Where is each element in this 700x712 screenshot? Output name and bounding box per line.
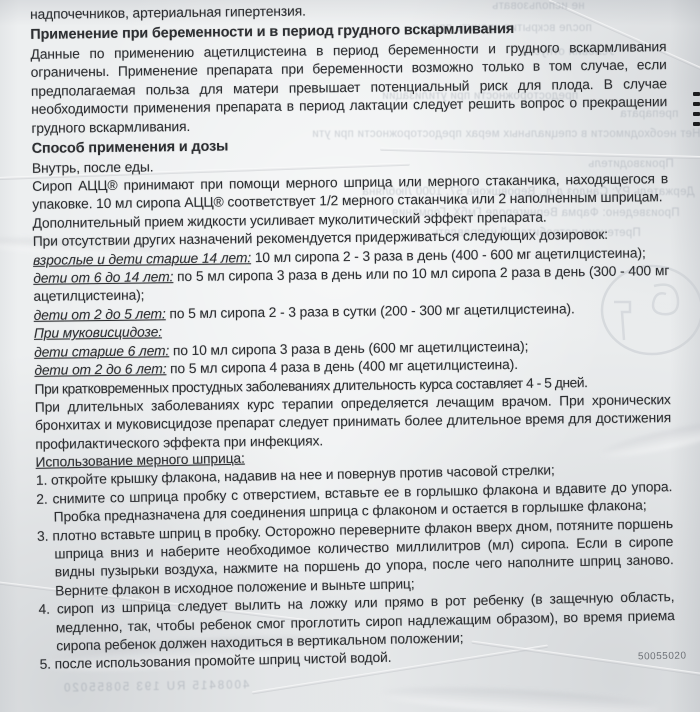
dosage-rule-label: дети от 2 до 6 лет: [34,361,166,378]
step-number: 3. [37,528,49,543]
dosage-rule-text: по 10 мл сиропа 3 раза в день (600 мг ац… [169,339,528,358]
cystic-fibrosis-label: При муковисцидозе: [34,325,162,342]
print-mark [693,102,700,106]
dosage-rule-text: по 5 мл сиропа 2 - 3 раза в сутки (200 -… [166,301,575,321]
syringe-usage-section: Использование мерного шприца: 1. откройт… [35,441,675,675]
step-number: 1. [36,473,48,488]
step-number: 4. [38,602,50,617]
paper-crease [380,683,661,712]
print-mark [693,122,700,126]
step-text: плотно вставьте шприц в пробку. Осторожн… [52,516,674,599]
dosage-rule-text: 10 мл сиропа 2 - 3 раза в день (400 - 60… [251,245,646,265]
ghost-print-code: 4008415 RU 193 50855020 [62,679,250,694]
syringe-usage-heading-text: Использование мерного шприца: [35,451,244,470]
print-code: 50055020 [637,651,686,663]
paper-background: не использовать после вскрытия хранить п… [0,0,700,712]
dosage-rule-label: взрослые и дети старше 14 лет: [33,250,251,268]
dosage-rule-label: дети старше 6 лет: [34,343,169,360]
leaflet-text: надпочечников, артериальная гипертензия.… [30,0,674,675]
pregnancy-body: Данные по применению ацетилцистеина в пе… [30,38,667,138]
print-mark [693,112,700,116]
step-number: 5. [39,657,51,672]
print-mark [693,92,700,96]
dosage-rule-text: по 5 мл сиропа 4 раза в день (400 мг аце… [166,357,518,376]
step-number: 2. [36,492,48,507]
dosage-rule-label: дети от 2 до 5 лет: [34,306,166,323]
dosage-rule-label: дети от 6 до 14 лет: [33,269,173,286]
leaflet-photo: { "doc": { "leading_line": "надпочечнико… [0,0,700,712]
usage-step-3: 3. плотно вставьте шприц в пробку. Остор… [37,515,674,601]
print-registration-marks [693,92,700,132]
syringe-info: Сироп АЦЦ® принимают при помощи мерного … [32,170,668,215]
step-text: сироп из шприца следует вылить на ложку … [56,589,675,653]
